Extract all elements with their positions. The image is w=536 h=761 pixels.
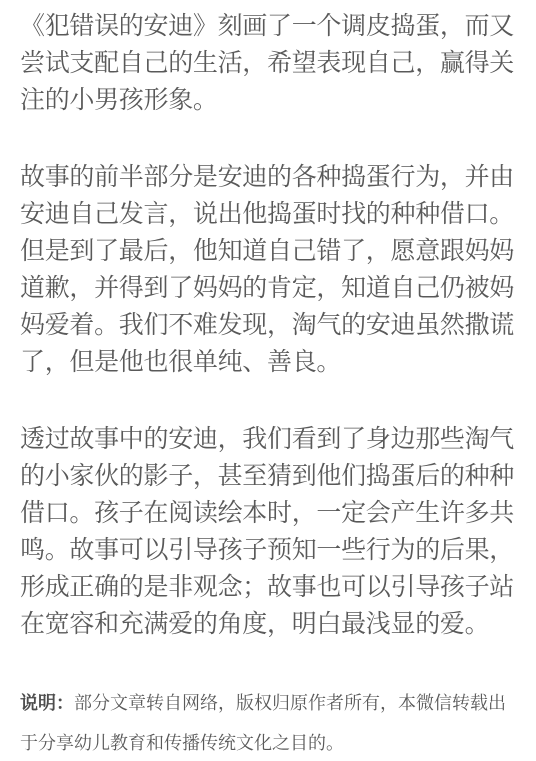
text-line: 妈爱着。我们不难发现，淘气的安迪虽然撒谎 [20,307,516,344]
text-line: 故事的前半部分是安迪的各种捣蛋行为，并由 [20,159,516,196]
note-label: 说明： [20,693,74,713]
text-line: 尝试支配自己的生活，希望表现自己，赢得关 [20,45,516,82]
disclaimer-note: 说明：部分文章转自网络，版权归原作者所有，本微信转载出 于分享幼儿教育和传播传统… [20,683,516,761]
paragraph: 《犯错误的安迪》刻画了一个调皮捣蛋，而又尝试支配自己的生活，希望表现自己，赢得关… [20,8,516,119]
text-line: 注的小男孩形象。 [20,82,516,119]
note-line-2: 于分享幼儿教育和传播传统文化之目的。 [20,723,516,761]
text-line: 形成正确的是非观念；故事也可以引导孩子站 [20,569,516,606]
article: 《犯错误的安迪》刻画了一个调皮捣蛋，而又尝试支配自己的生活，希望表现自己，赢得关… [0,0,536,761]
text-line: 的小家伙的影子，甚至猜到他们捣蛋后的种种 [20,458,516,495]
text-line: 在宽容和充满爱的角度，明白最浅显的爱。 [20,606,516,643]
text-line: 道歉，并得到了妈妈的肯定，知道自己仍被妈 [20,270,516,307]
text-line: 鸣。故事可以引导孩子预知一些行为的后果， [20,532,516,569]
text-line: 借口。孩子在阅读绘本时，一定会产生许多共 [20,495,516,532]
text-line: 但是到了最后，他知道自己错了，愿意跟妈妈 [20,233,516,270]
text-line: 安迪自己发言，说出他捣蛋时找的种种借口。 [20,196,516,233]
note-line-1-text: 部分文章转自网络，版权归原作者所有，本微信转载出 [74,693,506,713]
paragraph: 故事的前半部分是安迪的各种捣蛋行为，并由安迪自己发言，说出他捣蛋时找的种种借口。… [20,159,516,381]
text-line: 透过故事中的安迪，我们看到了身边那些淘气 [20,421,516,458]
text-line: 《犯错误的安迪》刻画了一个调皮捣蛋，而又 [20,8,516,45]
paragraph: 透过故事中的安迪，我们看到了身边那些淘气的小家伙的影子，甚至猜到他们捣蛋后的种种… [20,421,516,643]
note-line-1: 说明：部分文章转自网络，版权归原作者所有，本微信转载出 [20,683,516,723]
text-line: 了，但是他也很单纯、善良。 [20,344,516,381]
article-body: 《犯错误的安迪》刻画了一个调皮捣蛋，而又尝试支配自己的生活，希望表现自己，赢得关… [20,8,516,643]
